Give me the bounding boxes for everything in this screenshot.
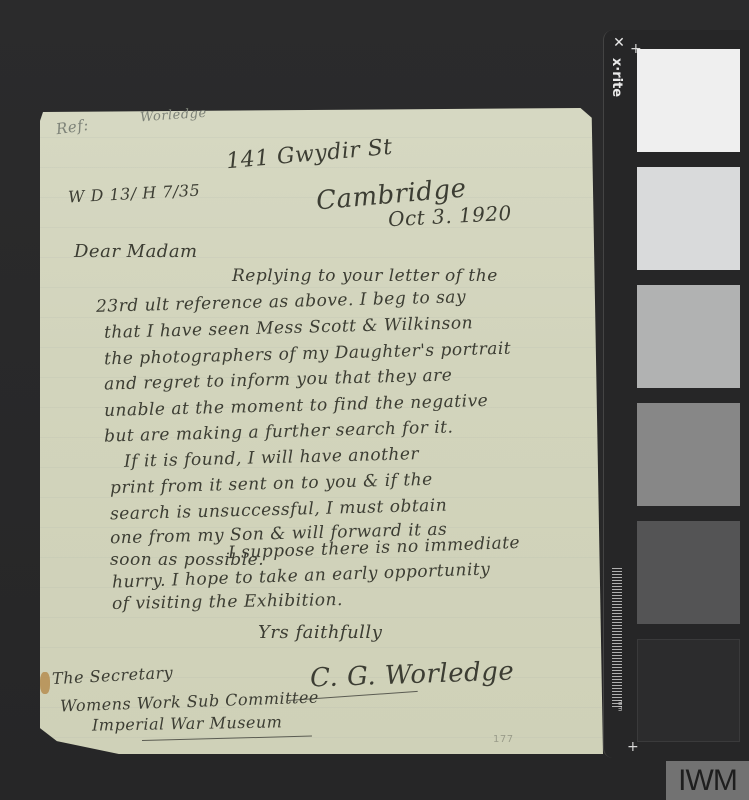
body-line: of visiting the Exhibition.: [112, 590, 343, 614]
swatch-light-gray: [637, 167, 740, 270]
ruler-unit: mm: [616, 700, 623, 712]
xrite-logo-icon: ✕: [611, 35, 627, 51]
ruler-scale: [612, 568, 622, 708]
swatch-near-black: [637, 639, 740, 742]
paper-stain: [40, 672, 50, 694]
xrite-brand-text: x·rite: [609, 58, 624, 97]
swatch-mid-light-gray: [637, 285, 740, 388]
crosshair-bottom-icon: +: [627, 740, 639, 754]
page-number: 177: [493, 734, 514, 745]
swatch-white: [637, 49, 740, 152]
swatch-dark-gray: [637, 521, 740, 624]
iwm-watermark: IWM: [666, 761, 749, 800]
swatch-mid-gray: [637, 403, 740, 506]
salutation: Dear Madam: [74, 241, 198, 262]
recipient-line: Imperial War Museum: [92, 712, 283, 734]
body-line: Replying to your letter of the: [232, 266, 498, 286]
closing: Yrs faithfully: [258, 622, 382, 643]
xrite-logo: ✕ x·rite: [611, 35, 629, 95]
